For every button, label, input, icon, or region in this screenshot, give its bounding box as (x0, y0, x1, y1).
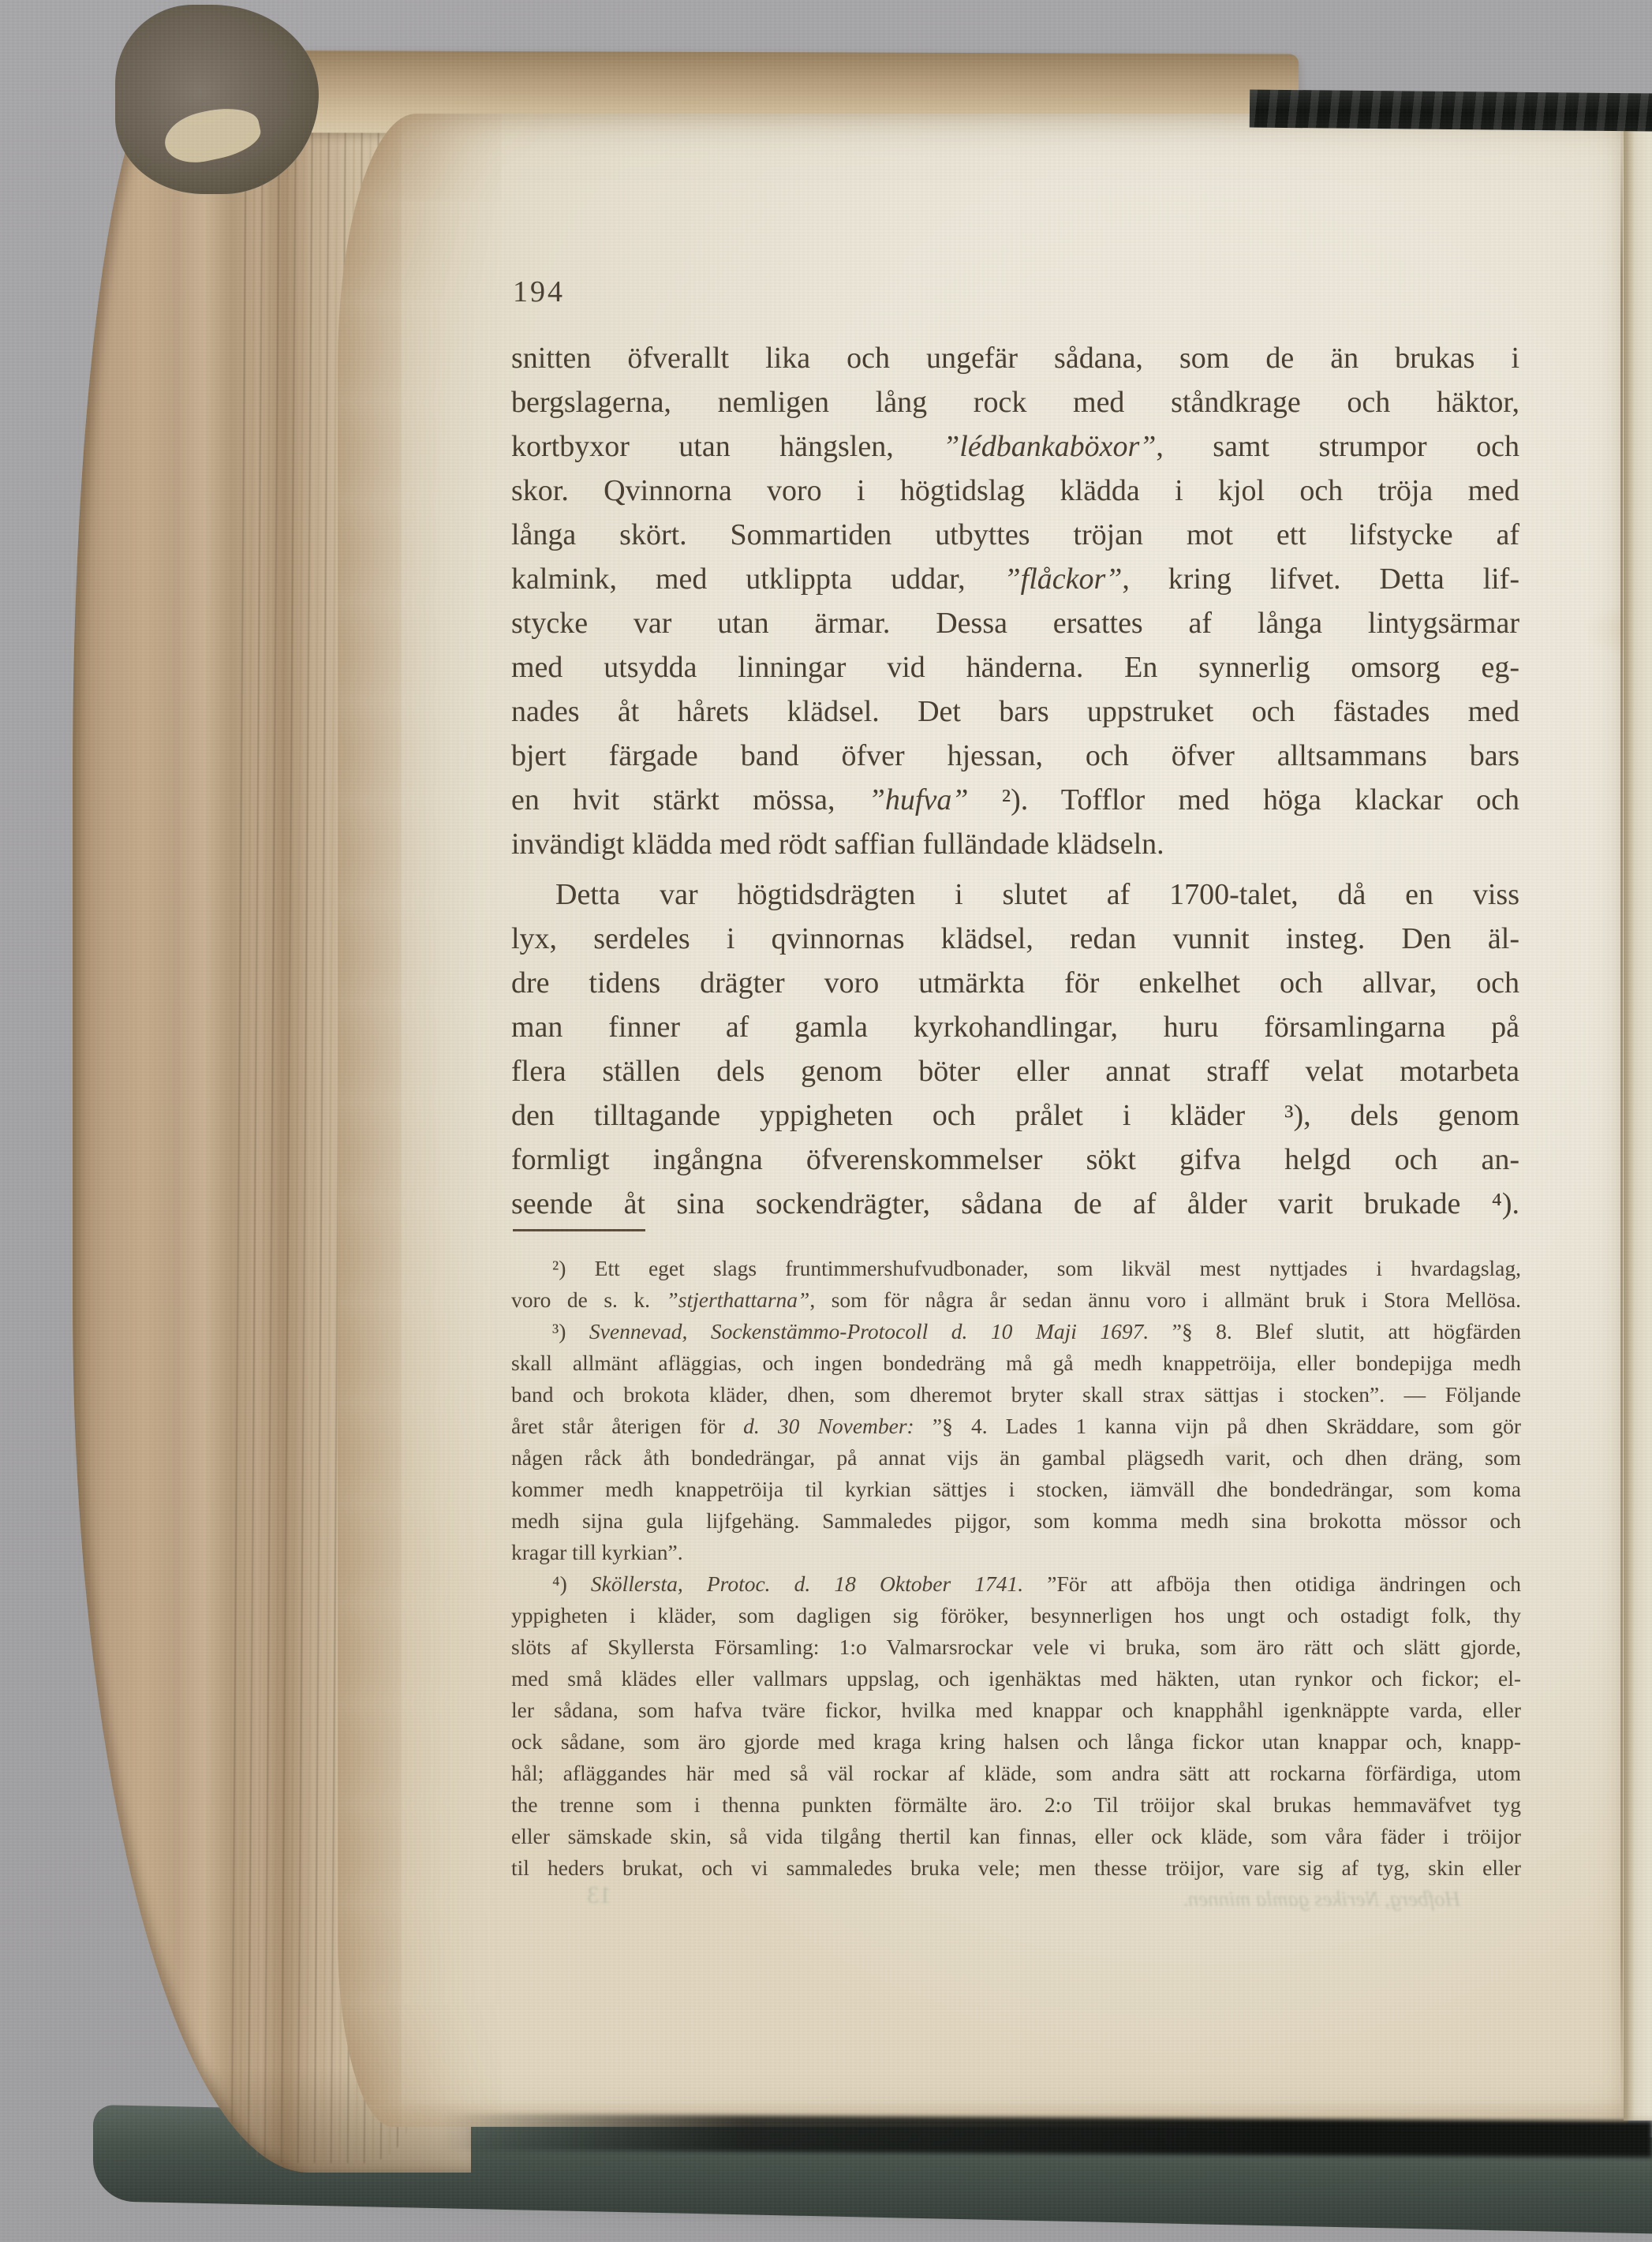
page-number: 194 (513, 275, 565, 309)
footnote-line: band och brokota kläder, dhen, som dhere… (511, 1379, 1521, 1411)
footnote-line: kragar till kyrkian”. (511, 1537, 1521, 1568)
footnote-line: til heders brukat, och vi sammaledes bru… (511, 1852, 1521, 1884)
italic-term: ”stjerthattarna” (667, 1287, 810, 1312)
body-line: lyx, serdeles i qvinnornas klädsel, reda… (511, 917, 1519, 961)
worn-corner-top-left (115, 5, 319, 194)
footnote-line-segment: ”För att afböja then otidiga ändringen o… (1023, 1571, 1521, 1596)
footnote-line: yppigheten i kläder, som dagligen sig fö… (511, 1600, 1521, 1631)
footnote-line: medh sijna gula lijfgehäng. Sammaledes p… (511, 1505, 1521, 1537)
body-line-segment: , kring lifvet. Detta lif- (1122, 562, 1519, 596)
body-line: bergslagerna, nemligen lång rock med stå… (511, 380, 1519, 424)
footnote-marker: ³) (552, 1319, 589, 1343)
footnote-line: ock sådane, som äro gjorde med kraga kri… (511, 1726, 1521, 1758)
body-line: seende åt sina sockendrägter, sådana de … (511, 1182, 1519, 1226)
footnote-line: slöts af Skyllersta Församling: 1:o Valm… (511, 1631, 1521, 1663)
body-line: kalmink, med utklippta uddar, ”flåckor”,… (511, 557, 1519, 601)
body-line: med utsydda linningar vid händerna. En s… (511, 645, 1519, 689)
body-line: en hvit stärkt mössa, ”hufva” ²). Tofflo… (511, 778, 1519, 822)
book-cover-top-edge (1250, 90, 1652, 132)
body-line: bjert färgade band öfver hjessan, och öf… (511, 734, 1519, 778)
body-line: snitten öfverallt lika och ungefär sådan… (511, 336, 1519, 380)
body-line-segment: kortbyxor utan hängslen, (511, 430, 943, 463)
date-citation: d. 30 November: (743, 1414, 914, 1438)
footnote-line: ²) Ett eget slags fruntimmershufvudbonad… (511, 1253, 1521, 1284)
facing-page-sliver (1624, 110, 1652, 2121)
body-line: stycke var utan ärmar. Dessa ersattes af… (511, 601, 1519, 645)
body-line-segment: en hvit stärkt mössa, (511, 783, 869, 816)
footnote-line: ³) Svennevad, Sockenstämmo-Protocoll d. … (511, 1316, 1521, 1347)
body-line: nades åt hårets klädsel. Det bars uppstr… (511, 689, 1519, 734)
body-line: flera ställen dels genom böter eller ann… (511, 1049, 1519, 1093)
source-citation: Sköllersta, Protoc. d. 18 Oktober 1741. (591, 1571, 1023, 1596)
body-line-segment: ²). Tofflor med höga klackar och (968, 783, 1519, 816)
footnote-2: ²) Ett eget slags fruntimmershufvudbonad… (511, 1253, 1521, 1316)
italic-term: ”hufva” (869, 783, 969, 816)
gutter-fold-crease (1620, 118, 1623, 2113)
footnote-line-segment: ”§ 8. Blef slutit, att högfärden (1149, 1319, 1521, 1343)
footnote-line-segment: året står återigen för (511, 1414, 743, 1438)
footnote-line: med små klädes eller vallmars uppslag, o… (511, 1663, 1521, 1695)
body-line: invändigt klädda med rödt saffian fullän… (511, 822, 1519, 866)
footnote-line: skall allmänt afläggias, och ingen bonde… (511, 1347, 1521, 1379)
gutter-bottom-shadow (442, 2113, 1652, 2157)
source-citation: Svennevad, Sockenstämmo-Protocoll d. 10 … (589, 1319, 1149, 1343)
footnote-line-segment: , som för några år sedan ännu voro i all… (809, 1287, 1521, 1312)
body-line: man finner af gamla kyrkohandlingar, hur… (511, 1005, 1519, 1049)
footnote-line: eller sämskade skin, så vida tilgång the… (511, 1821, 1521, 1852)
footnote-line: ler sådana, som hafva tväre fickor, hvil… (511, 1695, 1521, 1726)
body-line: skor. Qvinnorna voro i högtidslag klädda… (511, 469, 1519, 513)
book-photo-scene: 194 snitten öfverallt lika och ungefär s… (0, 0, 1652, 2242)
body-line: dre tidens drägter voro utmärkta för enk… (511, 961, 1519, 1005)
footnote-line: kommer medh knappetröija til kyrkian sät… (511, 1474, 1521, 1505)
italic-term: ”lédbankaböxor” (943, 430, 1156, 463)
body-line: den tilltagande yppigheten och prålet i … (511, 1093, 1519, 1138)
footnotes: ²) Ett eget slags fruntimmershufvudbonad… (511, 1253, 1521, 1884)
showthrough-imprint-text: Hofberg, Nerikes gamla minnen. (1128, 1887, 1515, 1911)
body-line-segment: kalmink, med utklippta uddar, (511, 562, 1004, 596)
body-line: formligt ingångna öfverenskommelser sökt… (511, 1138, 1519, 1182)
body-line: kortbyxor utan hängslen, ”lédbankaböxor”… (511, 424, 1519, 469)
body-line: Detta var högtidsdrägten i slutet af 170… (511, 873, 1519, 917)
footnote-line: voro de s. k. ”stjerthattarna”, som för … (511, 1284, 1521, 1316)
paragraph-1: snitten öfverallt lika och ungefär sådan… (511, 336, 1519, 866)
footnote-line: the trenne som i thenna punkten förmälte… (511, 1789, 1521, 1821)
body-text: snitten öfverallt lika och ungefär sådan… (511, 336, 1519, 1226)
footnote-line: ⁴) Sköllersta, Protoc. d. 18 Oktober 174… (511, 1568, 1521, 1600)
body-line: långa skört. Sommartiden utbyttes tröjan… (511, 513, 1519, 557)
footnote-line-segment: voro de s. k. (511, 1287, 667, 1312)
footnote-marker: ⁴) (552, 1571, 591, 1596)
footnote-separator (513, 1229, 645, 1231)
footnote-line-segment: ”§ 4. Lades 1 kanna vijn på dhen Skrädda… (914, 1414, 1521, 1438)
italic-term: ”flåckor” (1004, 562, 1123, 596)
footnote-4: ⁴) Sköllersta, Protoc. d. 18 Oktober 174… (511, 1568, 1521, 1884)
showthrough-signature-number: 13 (587, 1881, 611, 1909)
footnote-line: hål; afläggandes här med så väl rockar a… (511, 1758, 1521, 1789)
paragraph-2: Detta var högtidsdrägten i slutet af 170… (511, 873, 1519, 1226)
footnote-line: året står återigen för d. 30 November: ”… (511, 1411, 1521, 1442)
footnote-3: ³) Svennevad, Sockenstämmo-Protocoll d. … (511, 1316, 1521, 1568)
body-line-segment: , samt strumpor och (1156, 430, 1519, 463)
footnote-line: någen råck åth bondedrängar, på annat vi… (511, 1442, 1521, 1474)
